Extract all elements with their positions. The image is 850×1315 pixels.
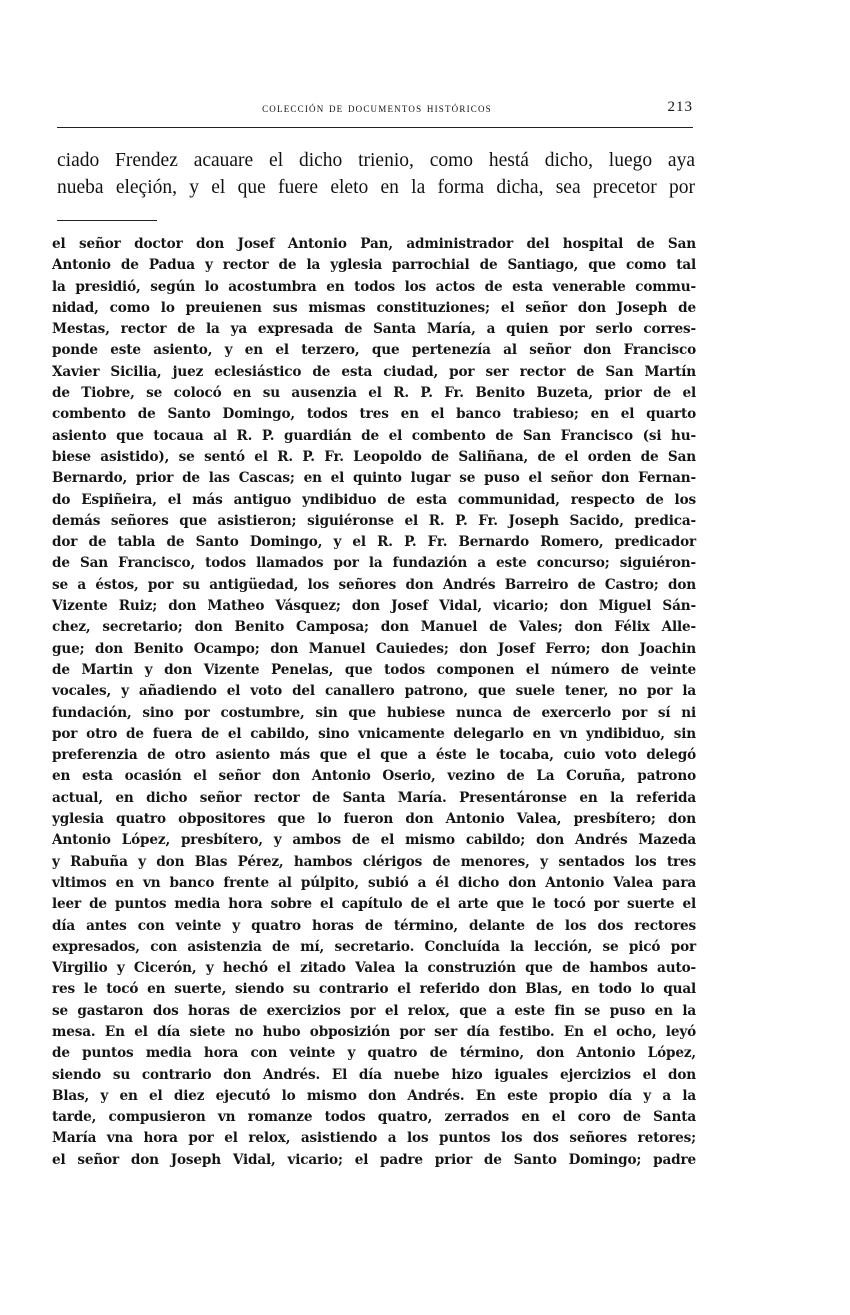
footnote-line: chez, secretario; don Benito Camposa; do… [52, 617, 696, 638]
running-title: COLECCIÓN DE DOCUMENTOS HISTÓRICOS [197, 100, 557, 116]
footnote-line: de Martin y don Vizente Penelas, que tod… [52, 660, 696, 681]
document-page: COLECCIÓN DE DOCUMENTOS HISTÓRICOS 213 c… [0, 0, 850, 1315]
main-text-line: ciado Frendez acauare el dicho trienio, … [57, 147, 695, 174]
footnote-line: vltimos en vn banco frente al púlpito, s… [52, 873, 696, 894]
footnote-line: combento de Santo Domingo, todos tres en… [52, 404, 696, 425]
footnote-line: fundación, sino por costumbre, sin que h… [52, 703, 696, 724]
footnote-line: dor de tabla de Santo Domingo, y el R. P… [52, 532, 696, 553]
footnote-line: expresados, con asistenzia de mí, secret… [52, 937, 696, 958]
footnote-line: Mestas, rector de la ya expresada de San… [52, 319, 696, 340]
header-rule [57, 127, 693, 128]
footnote-line: Xavier Sicilia, juez eclesiástico de est… [52, 362, 696, 383]
page-number: 213 [668, 99, 694, 116]
footnote-line: do Espiñeira, el más antiguo yndibiduo d… [52, 490, 696, 511]
footnote-line: el señor don Joseph Vidal, vicario; el p… [52, 1150, 696, 1171]
main-text-line: nueba eleçión, y el que fuere eleto en l… [57, 174, 695, 201]
footnote-line: la presidió, según lo acostumbra en todo… [52, 277, 696, 298]
footnote-line: siendo su contrario don Andrés. El día n… [52, 1065, 696, 1086]
footnote-line: Antonio de Padua y rector de la yglesia … [52, 255, 696, 276]
footnote-line: Antonio López, presbítero, y ambos de el… [52, 830, 696, 851]
footnote-line: vocales, y añadiendo el voto del canalle… [52, 681, 696, 702]
footnote-line: actual, en dicho señor rector de Santa M… [52, 788, 696, 809]
footnote-line: gue; don Benito Ocampo; don Manuel Cauie… [52, 639, 696, 660]
main-text-block: ciado Frendez acauare el dicho trienio, … [57, 147, 695, 201]
footnote-line: y Rabuña y don Blas Pérez, hambos clérig… [52, 852, 696, 873]
footnote-line: nidad, como lo preuienen sus mismas cons… [52, 298, 696, 319]
running-head: COLECCIÓN DE DOCUMENTOS HISTÓRICOS 213 [57, 100, 693, 122]
footnote-line: Bernardo, prior de las Cascas; en el qui… [52, 468, 696, 489]
footnote-line: de puntos media hora con veinte y quatro… [52, 1043, 696, 1064]
footnote-block: el señor doctor don Josef Antonio Pan, a… [52, 234, 696, 1171]
footnote-line: mesa. En el día siete no hubo obposizión… [52, 1022, 696, 1043]
footnote-line: preferenzia de otro asiento más que el q… [52, 745, 696, 766]
footnote-line: ponde este asiento, y en el terzero, que… [52, 340, 696, 361]
footnote-line: asiento que tocaua al R. P. guardián de … [52, 426, 696, 447]
footnote-separator [57, 220, 157, 221]
footnote-line: biese asistido), se sentó el R. P. Fr. L… [52, 447, 696, 468]
footnote-line: se gastaron dos horas de exercizios por … [52, 1001, 696, 1022]
footnote-line: día antes con veinte y quatro horas de t… [52, 916, 696, 937]
footnote-line: yglesia quatro obpositores que lo fueron… [52, 809, 696, 830]
footnote-line: María vna hora por el relox, asistiendo … [52, 1128, 696, 1149]
footnote-line: Blas, y en el diez ejecutó lo mismo don … [52, 1086, 696, 1107]
footnote-line: de San Francisco, todos llamados por la … [52, 553, 696, 574]
footnote-line: demás señores que asistieron; siguiérons… [52, 511, 696, 532]
footnote-line: Vizente Ruiz; don Matheo Vásquez; don Jo… [52, 596, 696, 617]
footnote-line: Virgilio y Cicerón, y hechó el zitado Va… [52, 958, 696, 979]
footnote-line: tarde, compusieron vn romanze todos quat… [52, 1107, 696, 1128]
footnote-line: leer de puntos media hora sobre el capít… [52, 894, 696, 915]
footnote-line: por otro de fuera de el cabildo, sino vn… [52, 724, 696, 745]
footnote-line: de Tiobre, se colocó en su ausenzia el R… [52, 383, 696, 404]
footnote-line: se a éstos, por su antigüedad, los señor… [52, 575, 696, 596]
footnote-line: res le tocó en suerte, siendo su contrar… [52, 979, 696, 1000]
footnote-line: en esta ocasión el señor don Antonio Ose… [52, 766, 696, 787]
footnote-line: el señor doctor don Josef Antonio Pan, a… [52, 234, 696, 255]
